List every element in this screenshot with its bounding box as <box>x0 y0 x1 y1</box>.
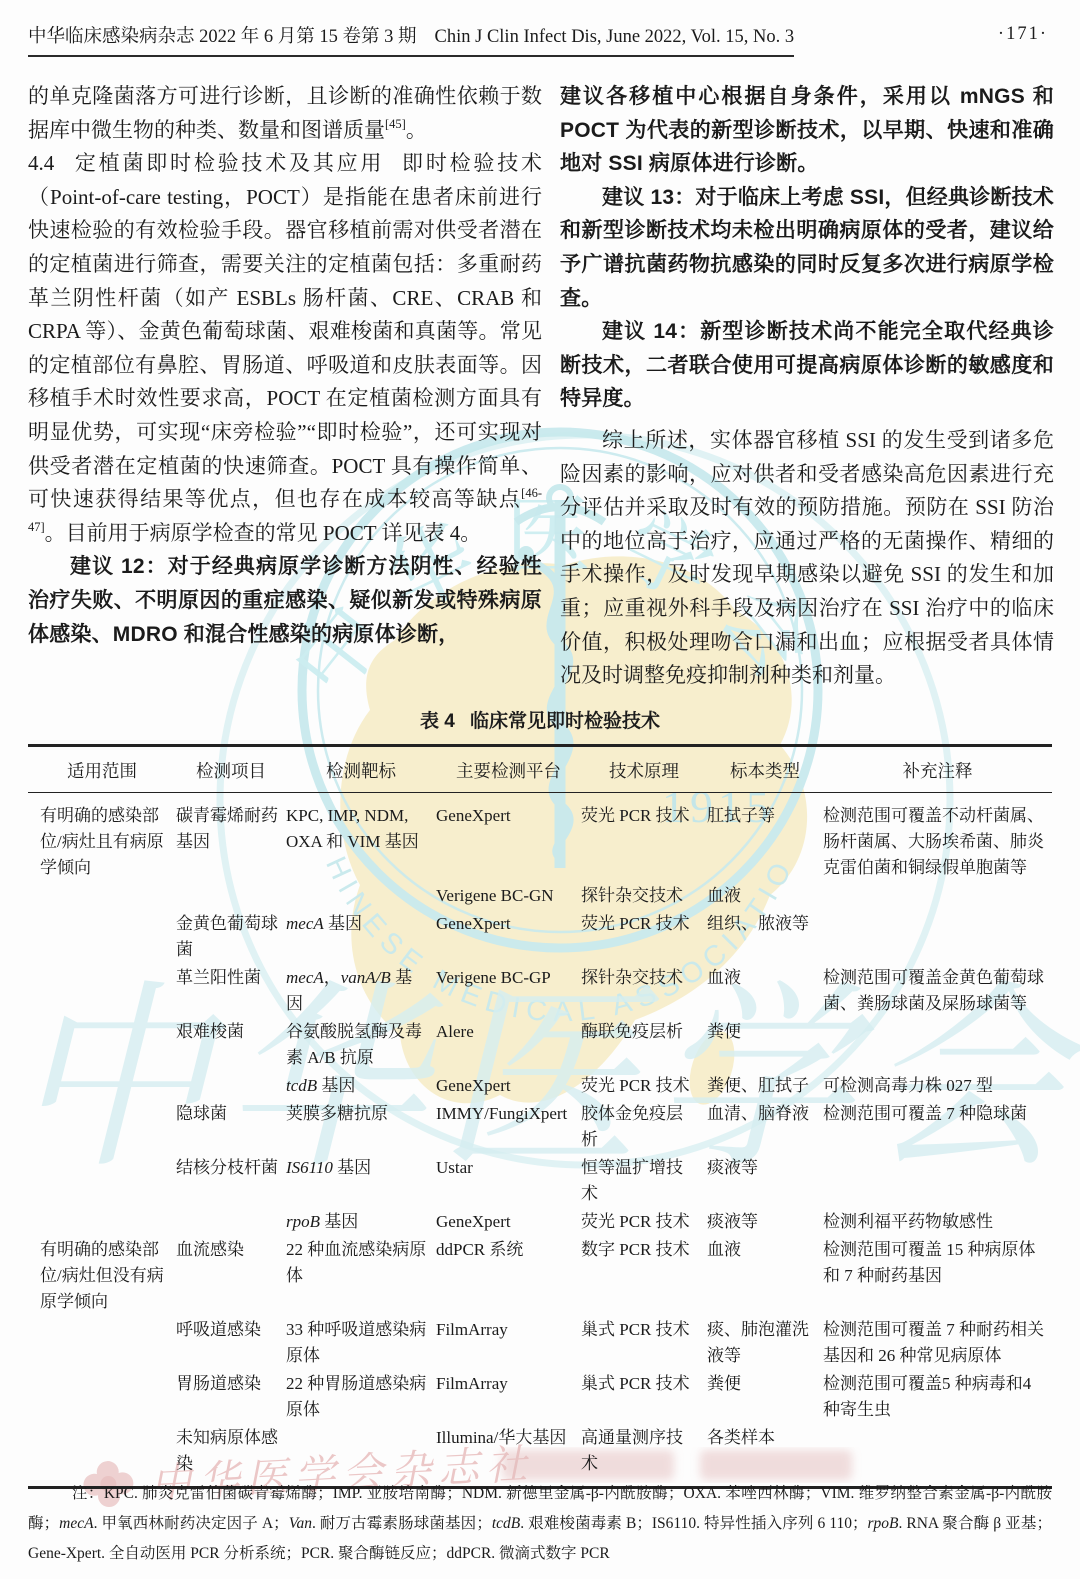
table-cell: 痰、肺泡灌洗液等 <box>707 1316 823 1370</box>
table-cell: 胃肠道感染 <box>176 1370 286 1424</box>
header-cell: 适用范围 <box>28 758 176 783</box>
table-cell: 有明确的感染部位/病灶但没有病原学倾向 <box>28 1236 176 1316</box>
table-cell: GeneXpert <box>436 1072 581 1100</box>
table-cell <box>823 1018 1052 1072</box>
table-cell: 谷氨酸脱氢酶及毒素 A/B 抗原 <box>286 1018 436 1072</box>
table-cell: FilmArray <box>436 1316 581 1370</box>
table-cell <box>28 1154 176 1208</box>
recommendation-13: 建议 13：对于临床上考虑 SSI，但经典诊断技术和新型诊断技术均未检出明确病原… <box>560 181 1054 315</box>
table-cell: Illumina/华大基因 <box>436 1424 581 1478</box>
journal-title-cn: 中华临床感染病杂志 2022 年 6 月第 15 卷第 3 期 <box>28 27 417 47</box>
table-notes-text: 注：KPC. 肺炎克雷伯菌碳青霉烯酶；IMP. 亚胺培南酶；NDM. 新德里金属… <box>28 1479 1052 1569</box>
header-cell: 技术原理 <box>581 758 707 783</box>
table-cell: 粪便 <box>707 1018 823 1072</box>
table-cell <box>823 1424 1052 1478</box>
table-cell: 荧光 PCR 技术 <box>581 1208 707 1236</box>
table-cell: 巢式 PCR 技术 <box>581 1316 707 1370</box>
table-cell <box>28 964 176 1018</box>
section-4-4: 4.4定植菌即时检验技术及其应用即时检验技术（Point-of-care tes… <box>28 147 542 550</box>
text-segment: 基因 <box>333 1158 371 1177</box>
gene-name: tcdB <box>286 1076 317 1095</box>
table-cell: 艰难梭菌 <box>176 1018 286 1072</box>
gene-name: tcdB <box>492 1515 520 1532</box>
page-header: 中华临床感染病杂志 2022 年 6 月第 15 卷第 3 期Chin J Cl… <box>28 22 1052 57</box>
table-cell: Verigene BC-GN <box>436 882 581 910</box>
body-text: 。目前用于病原学检查的常见 POCT 详见表 4。 <box>45 521 482 545</box>
table-cell <box>823 1154 1052 1208</box>
table-row: 隐球菌荚膜多糖抗原IMMY/FungiXpert胶体金免疫层析血清、脑脊液检测范… <box>28 1100 1052 1154</box>
table-cell: 检测范围可覆盖 15 种病原体和 7 种耐药基因 <box>823 1236 1052 1316</box>
body-text: 。 <box>406 118 427 142</box>
table-notes: 注：KPC. 肺炎克雷伯菌碳青霉烯酶；IMP. 亚胺培南酶；NDM. 新德里金属… <box>28 1479 1052 1569</box>
table-cell <box>823 882 1052 910</box>
text-segment: . 甲氧西林耐药决定因子 A； <box>94 1515 289 1532</box>
table-cell: 呼吸道感染 <box>176 1316 286 1370</box>
table-row: rpoB 基因GeneXpert荧光 PCR 技术痰液等检测利福平药物敏感性 <box>28 1208 1052 1236</box>
gene-name: rpoB <box>286 1212 320 1231</box>
table-cell: 检测利福平药物敏感性 <box>823 1208 1052 1236</box>
gene-name: vanA/B <box>341 968 391 987</box>
table-cell: 有明确的感染部位/病灶且有病原学倾向 <box>28 802 176 882</box>
citation-45: [45] <box>385 117 406 131</box>
table-cell: 结核分枝杆菌 <box>176 1154 286 1208</box>
table-cell: Ustar <box>436 1154 581 1208</box>
journal-masthead: 中华临床感染病杂志 2022 年 6 月第 15 卷第 3 期Chin J Cl… <box>28 22 794 57</box>
text-segment: 基因 <box>320 1212 358 1231</box>
table-cell: 酶联免疫层析 <box>581 1018 707 1072</box>
table-cell: 血液 <box>707 882 823 910</box>
body-text: 的单克隆菌落方可进行诊断，且诊断的准确性依赖于数据库中微生物的种类、数量和图谱质… <box>28 84 542 142</box>
table-cell: mecA 基因 <box>286 910 436 964</box>
journal-title-en: Chin J Clin Infect Dis, June 2022, Vol. … <box>435 27 795 47</box>
table-cell: 数字 PCR 技术 <box>581 1236 707 1316</box>
left-column: 的单克隆菌落方可进行诊断，且诊断的准确性依赖于数据库中微生物的种类、数量和图谱质… <box>28 80 542 651</box>
header-cell: 主要检测平台 <box>436 758 581 783</box>
table-cell: tcdB 基因 <box>286 1072 436 1100</box>
table-cell: 血液 <box>707 1236 823 1316</box>
table-row: Verigene BC-GN探针杂交技术血液 <box>28 882 1052 910</box>
table-body: 有明确的感染部位/病灶且有病原学倾向碳青霉烯耐药基因KPC, IMP, NDM,… <box>28 793 1052 1486</box>
table-cell: 肛拭子等 <box>707 802 823 882</box>
table-row: 呼吸道感染33 种呼吸道感染病原体FilmArray巢式 PCR 技术痰、肺泡灌… <box>28 1316 1052 1370</box>
table-cell: IS6110 基因 <box>286 1154 436 1208</box>
page-number: ·171· <box>998 24 1048 45</box>
recommendation-14: 建议 14：新型诊断技术尚不能完全取代经典诊断技术，二者联合使用可提高病原体诊断… <box>560 315 1054 416</box>
table-cell: 检测范围可覆盖 7 种隐球菌 <box>823 1100 1052 1154</box>
header-cell: 检测项目 <box>176 758 286 783</box>
text-segment: . 艰难梭菌毒素 B；IS6110. 特异性插入序列 6 110； <box>520 1515 867 1532</box>
table-header: 适用范围检测项目检测靶标主要检测平台技术原理标本类型补充注释 <box>28 747 1052 793</box>
text-segment: ， <box>324 968 341 987</box>
table-cell: 22 种胃肠道感染病原体 <box>286 1370 436 1424</box>
table-cell: 检测范围可覆盖不动杆菌属、肠杆菌属、大肠埃希菌、肺炎克雷伯菌和铜绿假单胞菌等 <box>823 802 1052 882</box>
table-cell: 金黄色葡萄球菌 <box>176 910 286 964</box>
table-cell: mecA，vanA/B 基因 <box>286 964 436 1018</box>
header-cell: 补充注释 <box>823 758 1052 783</box>
table-cell <box>28 910 176 964</box>
table-row: 艰难梭菌谷氨酸脱氢酶及毒素 A/B 抗原Alere酶联免疫层析粪便 <box>28 1018 1052 1072</box>
table-cell: 荧光 PCR 技术 <box>581 910 707 964</box>
gene-name: Van <box>289 1515 312 1532</box>
text-segment: 基因 <box>324 914 362 933</box>
table-cell <box>28 1018 176 1072</box>
table-cell <box>823 910 1052 964</box>
table-cell: 33 种呼吸道感染病原体 <box>286 1316 436 1370</box>
table-cell: 血流感染 <box>176 1236 286 1316</box>
table-cell: 22 种血流感染病原体 <box>286 1236 436 1316</box>
table-row: 有明确的感染部位/病灶但没有病原学倾向血流感染22 种血流感染病原体ddPCR … <box>28 1236 1052 1316</box>
table-cell: Verigene BC-GP <box>436 964 581 1018</box>
table-cell <box>28 1424 176 1478</box>
table-cell: KPC, IMP, NDM, OXA 和 VIM 基因 <box>286 802 436 882</box>
table-cell: 荧光 PCR 技术 <box>581 1072 707 1100</box>
table-cell: 巢式 PCR 技术 <box>581 1370 707 1424</box>
table-row: 金黄色葡萄球菌mecA 基因GeneXpert荧光 PCR 技术组织、脓液等 <box>28 910 1052 964</box>
table-cell <box>28 882 176 910</box>
table-cell: 检测范围可覆盖5 种病毒和4 种寄生虫 <box>823 1370 1052 1424</box>
table-cell: 隐球菌 <box>176 1100 286 1154</box>
table-cell <box>28 1100 176 1154</box>
recommendation-12-continued: 建议各移植中心根据自身条件，采用以 mNGS 和 POCT 为代表的新型诊断技术… <box>560 80 1054 181</box>
gene-name: mecA <box>286 914 324 933</box>
table-row: 结核分枝杆菌IS6110 基因Ustar恒等温扩增技术痰液等 <box>28 1154 1052 1208</box>
table-cell: GeneXpert <box>436 802 581 882</box>
summary-paragraph: 综上所述，实体器官移植 SSI 的发生受到诸多危险因素的影响，应对供者和受者感染… <box>560 424 1054 693</box>
table-row: 胃肠道感染22 种胃肠道感染病原体FilmArray巢式 PCR 技术粪便检测范… <box>28 1370 1052 1424</box>
gene-name: IS6110 <box>286 1158 333 1177</box>
table-cell: 探针杂交技术 <box>581 882 707 910</box>
table-cell <box>28 1370 176 1424</box>
table-cell: 血液 <box>707 964 823 1018</box>
table-cell <box>176 882 286 910</box>
table-cell: Alere <box>436 1018 581 1072</box>
table-cell <box>176 1208 286 1236</box>
recommendation-12: 建议 12：对于经典病原学诊断方法阴性、经验性治疗失败、不明原因的重症感染、疑似… <box>28 550 542 651</box>
table-cell: 粪便 <box>707 1370 823 1424</box>
table-cell: 检测范围可覆盖金黄色葡萄球菌、粪肠球菌及屎肠球菌等 <box>823 964 1052 1018</box>
table-cell: 高通量测序技术 <box>581 1424 707 1478</box>
table-cell: 粪便、肛拭子 <box>707 1072 823 1100</box>
section-number: 4.4 <box>28 151 54 175</box>
table-cell: 检测范围可覆盖 7 种耐药相关基因和 26 种常见病原体 <box>823 1316 1052 1370</box>
table-cell: ddPCR 系统 <box>436 1236 581 1316</box>
table-cell: 探针杂交技术 <box>581 964 707 1018</box>
table-cell: GeneXpert <box>436 1208 581 1236</box>
table-4-block: 表 4临床常见即时检验技术 适用范围检测项目检测靶标主要检测平台技术原理标本类型… <box>28 706 1052 1489</box>
table-row: 有明确的感染部位/病灶且有病原学倾向碳青霉烯耐药基因KPC, IMP, NDM,… <box>28 802 1052 882</box>
table-cell: 荧光 PCR 技术 <box>581 802 707 882</box>
table-cell: 血清、脑脊液 <box>707 1100 823 1154</box>
table-cell: 胶体金免疫层析 <box>581 1100 707 1154</box>
gene-name: rpoB <box>868 1515 899 1532</box>
table-row: tcdB 基因GeneXpert荧光 PCR 技术粪便、肛拭子可检测高毒力株 0… <box>28 1072 1052 1100</box>
body-text: 即时检验技术（Point-of-care testing，POCT）是指能在患者… <box>28 151 542 511</box>
paragraph-continuation: 的单克隆菌落方可进行诊断，且诊断的准确性依赖于数据库中微生物的种类、数量和图谱质… <box>28 80 542 147</box>
table-title-text: 临床常见即时检验技术 <box>470 711 660 732</box>
table-cell: 恒等温扩增技术 <box>581 1154 707 1208</box>
table-row: 未知病原体感染Illumina/华大基因高通量测序技术各类样本 <box>28 1424 1052 1478</box>
table-cell <box>176 1072 286 1100</box>
table-cell: 未知病原体感染 <box>176 1424 286 1478</box>
table-cell <box>286 882 436 910</box>
table-row: 革兰阳性菌mecA，vanA/B 基因Verigene BC-GP探针杂交技术血… <box>28 964 1052 1018</box>
table-cell: 组织、脓液等 <box>707 910 823 964</box>
table-cell <box>28 1208 176 1236</box>
text-segment: . 耐万古霉素肠球菌基因； <box>312 1515 492 1532</box>
table-cell: rpoB 基因 <box>286 1208 436 1236</box>
table-cell <box>28 1072 176 1100</box>
table-cell <box>286 1424 436 1478</box>
table-cell: 可检测高毒力株 027 型 <box>823 1072 1052 1100</box>
header-cell: 标本类型 <box>707 758 823 783</box>
gene-name: mecA <box>286 968 324 987</box>
table-cell: 痰液等 <box>707 1154 823 1208</box>
table-cell: 各类样本 <box>707 1424 823 1478</box>
table: 适用范围检测项目检测靶标主要检测平台技术原理标本类型补充注释 有明确的感染部位/… <box>28 744 1052 1489</box>
table-cell: 碳青霉烯耐药基因 <box>176 802 286 882</box>
text-segment: 基因 <box>317 1076 355 1095</box>
table-cell: IMMY/FungiXpert <box>436 1100 581 1154</box>
table-cell <box>28 1316 176 1370</box>
header-cell: 检测靶标 <box>286 758 436 783</box>
section-heading: 定植菌即时检验技术及其应用 <box>72 151 384 175</box>
right-column: 建议各移植中心根据自身条件，采用以 mNGS 和 POCT 为代表的新型诊断技术… <box>560 80 1054 693</box>
table-cell: 荚膜多糖抗原 <box>286 1100 436 1154</box>
table-cell: 痰液等 <box>707 1208 823 1236</box>
table-cell: FilmArray <box>436 1370 581 1424</box>
gene-name: mecA <box>59 1515 93 1532</box>
table-cell: GeneXpert <box>436 910 581 964</box>
table-cell: 革兰阳性菌 <box>176 964 286 1018</box>
journal-page: 中华医学会 CHINESE MEDICAL ASSOCIATION 1915 中… <box>0 0 1080 1579</box>
table-label: 表 4 <box>420 711 455 732</box>
table-title: 表 4临床常见即时检验技术 <box>28 706 1052 733</box>
